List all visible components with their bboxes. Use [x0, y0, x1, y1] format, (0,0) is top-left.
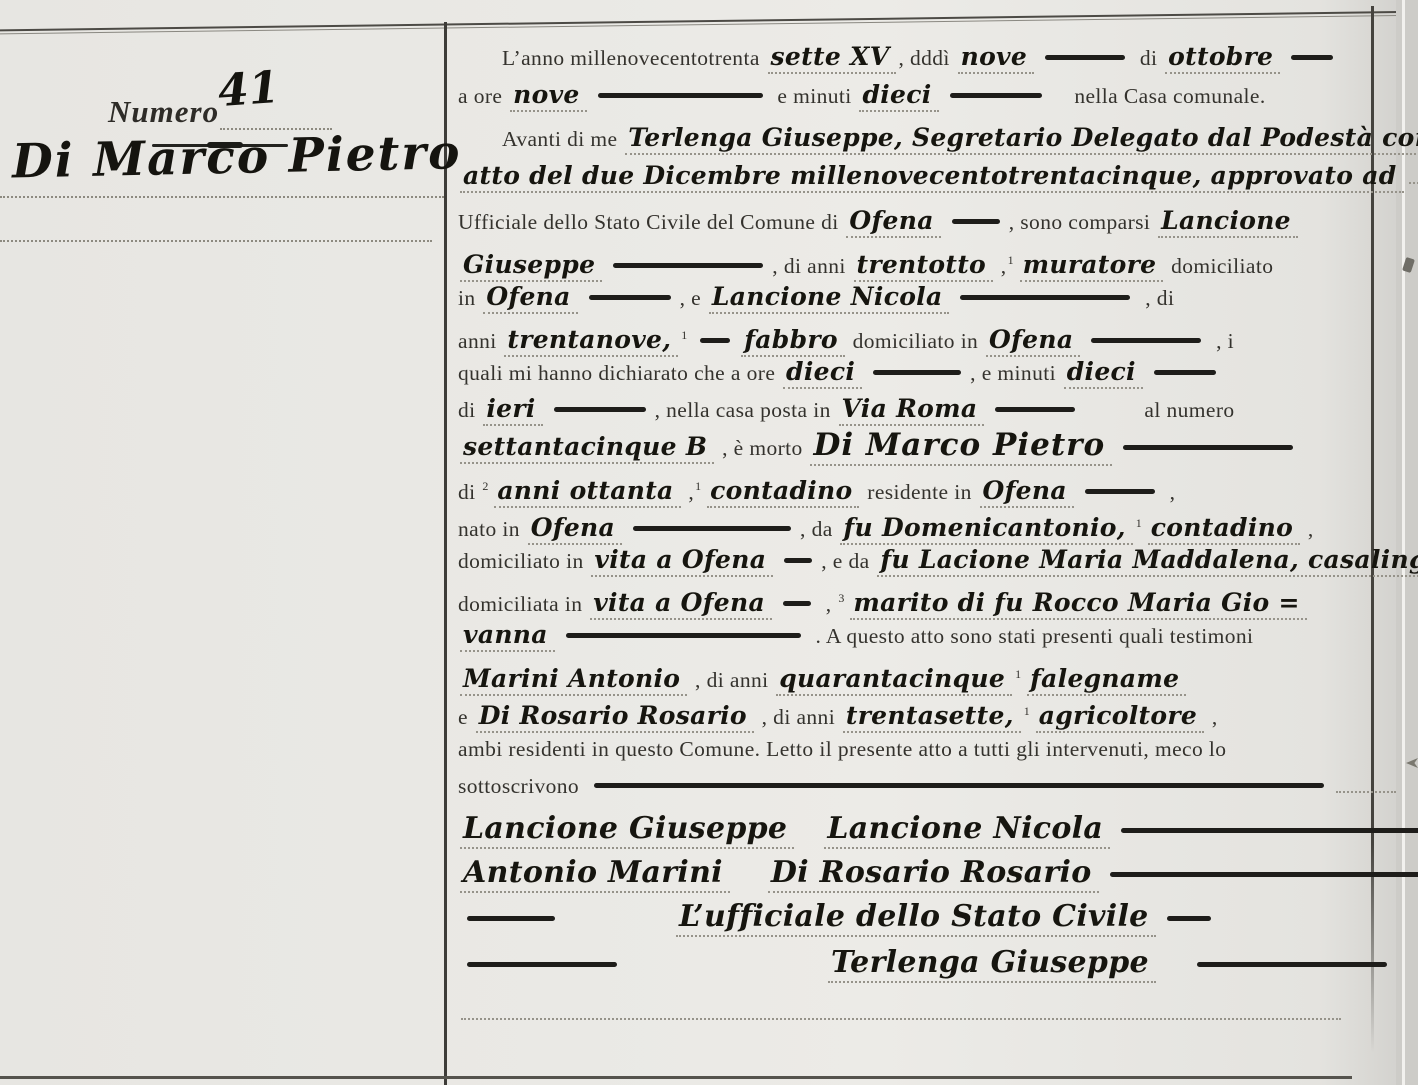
handwritten-text: vita a Ofena — [590, 588, 772, 620]
ink-dash — [598, 93, 763, 98]
ink-dash — [784, 558, 812, 563]
margin-dotted-rule — [0, 240, 432, 242]
footnote-superscript: 2 — [482, 479, 488, 493]
certificate-line: a ore nove e minuti dieci nella Casa com… — [458, 78, 1366, 116]
ink-dash — [554, 407, 646, 412]
handwritten-text-large: Di Marco Pietro — [810, 427, 1112, 466]
printed-text: , dddì — [898, 46, 955, 70]
numero-label: Numero — [108, 94, 219, 130]
printed-text: , — [820, 592, 837, 616]
ink-dash — [589, 295, 671, 300]
certificate-line: di 2anni ottanta ,1contadino residente i… — [458, 468, 1366, 506]
handwritten-text: anni ottanta — [494, 476, 680, 508]
certificate-line: settantacinque B , è morto Di Marco Piet… — [458, 430, 1366, 468]
certificate-line: Giuseppe, di anni trentotto ,1muratore d… — [458, 242, 1366, 280]
certificate-line: domiciliata in vita a Ofena , 3marito di… — [458, 580, 1366, 618]
certificate-line: Terlenga Giuseppe — [458, 948, 1366, 986]
dotted-rule — [1336, 777, 1396, 793]
printed-text: quali mi hanno dichiarato che a ore — [458, 361, 781, 385]
footnote-superscript: 1 — [695, 479, 701, 493]
handwritten-text: dieci — [1064, 357, 1143, 389]
handwritten-text: Ofena — [986, 325, 1080, 357]
handwritten-text: Ofena — [483, 282, 577, 314]
bottom-border-rule — [0, 1076, 1352, 1079]
footnote-superscript: 1 — [1008, 253, 1014, 267]
printed-text: residente in — [861, 480, 977, 504]
handwritten-text: Lancione Nicola — [709, 282, 950, 314]
certificate-line: domiciliato in vita a Ofena, e da fu Lac… — [458, 543, 1366, 581]
column-divider-rule — [444, 22, 447, 1085]
handwritten-text: contadino — [1148, 513, 1300, 545]
printed-text: al numero — [1144, 398, 1234, 422]
printed-text: , — [995, 254, 1007, 278]
printed-text: Avanti di me — [502, 127, 623, 151]
certificate-line: ambi residenti in questo Comune. Letto i… — [458, 731, 1366, 769]
margin-column: Numero 41 Di Marco Pietro — [0, 28, 444, 1076]
printed-text: e minuti — [772, 84, 858, 108]
handwritten-text: quarantacinque — [776, 664, 1012, 696]
handwritten-text: fu Lacione Maria Maddalena, casalinga, — [877, 545, 1418, 577]
certificate-line: quali mi hanno dichiarato che a ore diec… — [458, 355, 1366, 393]
printed-text: , di — [1139, 286, 1174, 310]
certificate-line: anni trentanove,1fabbro domiciliato in O… — [458, 317, 1366, 355]
signature-text: Antonio Marini — [460, 855, 730, 893]
printed-text: di — [1134, 46, 1163, 70]
dotted-rule — [1409, 168, 1418, 184]
handwritten-text: Marini Antonio — [460, 664, 687, 696]
ink-dash — [1085, 489, 1155, 494]
printed-text: L’anno millenovecentotrenta — [502, 46, 766, 70]
margin-dotted-rule — [0, 196, 444, 198]
printed-text: sottoscrivono — [458, 774, 585, 798]
printed-text: , di anni — [756, 705, 841, 729]
printed-text: , e minuti — [970, 361, 1062, 385]
handwritten-text: falegname — [1027, 664, 1186, 696]
handwritten-text: dieci — [783, 357, 862, 389]
certificate-line: in Ofena, e Lancione Nicola , di — [458, 280, 1366, 318]
ink-dash — [566, 633, 801, 638]
certificate-line: L’anno millenovecentotrenta sette XV, dd… — [458, 40, 1366, 78]
handwritten-text: Terlenga Giuseppe, Segretario Delegato d… — [625, 123, 1418, 155]
handwritten-text: dieci — [859, 80, 938, 112]
printed-text: , da — [800, 517, 838, 541]
ink-dash — [1167, 916, 1211, 921]
printed-text: , di anni — [772, 254, 851, 278]
handwritten-text: Lancione — [1158, 206, 1298, 238]
certificate-line: Ufficiale dello Stato Civile del Comune … — [458, 204, 1366, 242]
handwritten-text: nove — [510, 80, 586, 112]
printed-text: , sono comparsi — [1009, 210, 1156, 234]
ink-dash — [960, 295, 1130, 300]
handwritten-text: vita a Ofena — [591, 545, 773, 577]
ink-dash — [952, 219, 1000, 224]
printed-text: . A questo atto sono stati presenti qual… — [810, 624, 1254, 648]
death-certificate-scan: Numero 41 Di Marco Pietro L’anno milleno… — [0, 0, 1418, 1085]
handwritten-text: fabbro — [741, 325, 845, 357]
certificate-line: di ieri, nella casa posta in Via Romaal … — [458, 392, 1366, 430]
ink-dash — [1154, 370, 1216, 375]
printed-text: , — [1302, 517, 1314, 541]
printed-text: Ufficiale dello Stato Civile del Comune … — [458, 210, 844, 234]
signature-text: Di Rosario Rosario — [768, 855, 1099, 893]
printed-text: , è morto — [716, 436, 808, 460]
printed-text: di — [458, 398, 481, 422]
handwritten-text: trentasette, — [843, 701, 1021, 733]
handwritten-text: Ofena — [846, 206, 940, 238]
signature-text: Lancione Giuseppe — [460, 811, 794, 849]
footnote-superscript: 1 — [1136, 516, 1142, 530]
certificate-line: Lancione GiuseppeLancione Nicola — [458, 814, 1366, 852]
printed-text: di — [458, 480, 481, 504]
signature-text: Lancione Nicola — [824, 811, 1110, 849]
printed-text: nato in — [458, 517, 526, 541]
ink-dash — [1197, 962, 1387, 967]
ink-dash — [1291, 55, 1333, 60]
ink-dash — [467, 916, 555, 921]
handwritten-text: Di Rosario Rosario — [476, 701, 754, 733]
ink-dash — [1110, 872, 1418, 877]
handwritten-text: muratore — [1020, 250, 1164, 282]
handwritten-text: Ofena — [528, 513, 622, 545]
handwritten-text: ieri — [483, 394, 542, 426]
ink-dash — [1121, 828, 1418, 833]
printed-text: domiciliato — [1165, 254, 1273, 278]
handwritten-text: fu Domenicantonio, — [840, 513, 1132, 545]
certificate-line: e Di Rosario Rosario , di anni trentaset… — [458, 693, 1366, 731]
ink-dash — [700, 338, 730, 343]
ink-dash — [613, 263, 763, 268]
printed-text: , i — [1210, 329, 1234, 353]
handwritten-text: settantacinque B — [460, 432, 714, 464]
ink-dash — [467, 962, 617, 967]
ink-dash — [783, 601, 811, 606]
printed-text: , — [683, 480, 695, 504]
certificate-line: Marini Antonio , di anni quarantacinque1… — [458, 656, 1366, 694]
printed-text: , nella casa posta in — [655, 398, 837, 422]
act-number-handwritten: 41 — [216, 62, 281, 117]
printed-text: , e da — [821, 549, 875, 573]
handwritten-text: Giuseppe — [460, 250, 602, 282]
handwritten-text: contadino — [707, 476, 859, 508]
handwritten-text: trentotto — [854, 250, 994, 282]
signature-text: Terlenga Giuseppe — [828, 945, 1156, 983]
ink-dash — [873, 370, 961, 375]
printed-text: nella Casa comunale. — [1069, 84, 1266, 108]
handwritten-text: ottobre — [1165, 42, 1280, 74]
certificate-line: atto del due Dicembre millenovecentotren… — [458, 161, 1366, 199]
printed-text: , — [1164, 480, 1176, 504]
printed-text: domiciliata in — [458, 592, 588, 616]
ink-dash — [594, 783, 1324, 788]
printed-text: ambi residenti in questo Comune. Letto i… — [458, 737, 1226, 761]
ink-dash — [950, 93, 1042, 98]
certificate-line — [458, 997, 1366, 1035]
printed-text: anni — [458, 329, 502, 353]
certificate-line: nato in Ofena, da fu Domenicantonio,1con… — [458, 505, 1366, 543]
handwritten-text: Via Roma — [839, 394, 985, 426]
printed-text: e — [458, 705, 474, 729]
handwritten-text: sette XV — [768, 42, 897, 74]
handwritten-text: vanna — [460, 620, 555, 652]
printed-text: , — [1206, 705, 1218, 729]
handwritten-text: Ofena — [980, 476, 1074, 508]
handwritten-text: agricoltore — [1036, 701, 1204, 733]
footnote-superscript: 3 — [838, 591, 844, 605]
certificate-line: sottoscrivono — [458, 768, 1366, 806]
footnote-superscript: 1 — [1015, 667, 1021, 681]
ink-dash — [633, 526, 791, 531]
printed-text: domiciliato in — [458, 549, 589, 573]
handwritten-text: marito di fu Rocco Maria Gio = — [850, 588, 1306, 620]
printed-text: domiciliato in — [847, 329, 984, 353]
certificate-line: Avanti di me Terlenga Giuseppe, Segretar… — [458, 121, 1366, 159]
ink-dash — [1045, 55, 1125, 60]
ink-dash — [995, 407, 1075, 412]
deceased-name-handwritten: Di Marco Pietro — [11, 125, 448, 189]
signature-text: L’ufficiale dello Stato Civile — [676, 899, 1156, 937]
printed-text: in — [458, 286, 481, 310]
printed-text: , e — [680, 286, 707, 310]
handwritten-text: trentanove, — [504, 325, 678, 357]
printed-text: a ore — [458, 84, 508, 108]
dotted-rule — [461, 1004, 1341, 1020]
footnote-superscript: 1 — [1024, 704, 1030, 718]
certificate-line: L’ufficiale dello Stato Civile — [458, 902, 1366, 940]
certificate-line: Antonio MariniDi Rosario Rosario — [458, 858, 1366, 896]
footnote-superscript: 1 — [681, 328, 687, 342]
handwritten-text: atto del due Dicembre millenovecentotren… — [460, 161, 1404, 193]
printed-text: , di anni — [689, 668, 774, 692]
ink-dash — [1123, 445, 1293, 450]
ink-dash — [1091, 338, 1201, 343]
certificate-body: L’anno millenovecentotrenta sette XV, dd… — [458, 40, 1366, 1035]
certificate-line: vanna . A questo atto sono stati present… — [458, 618, 1366, 656]
handwritten-text: nove — [958, 42, 1034, 74]
